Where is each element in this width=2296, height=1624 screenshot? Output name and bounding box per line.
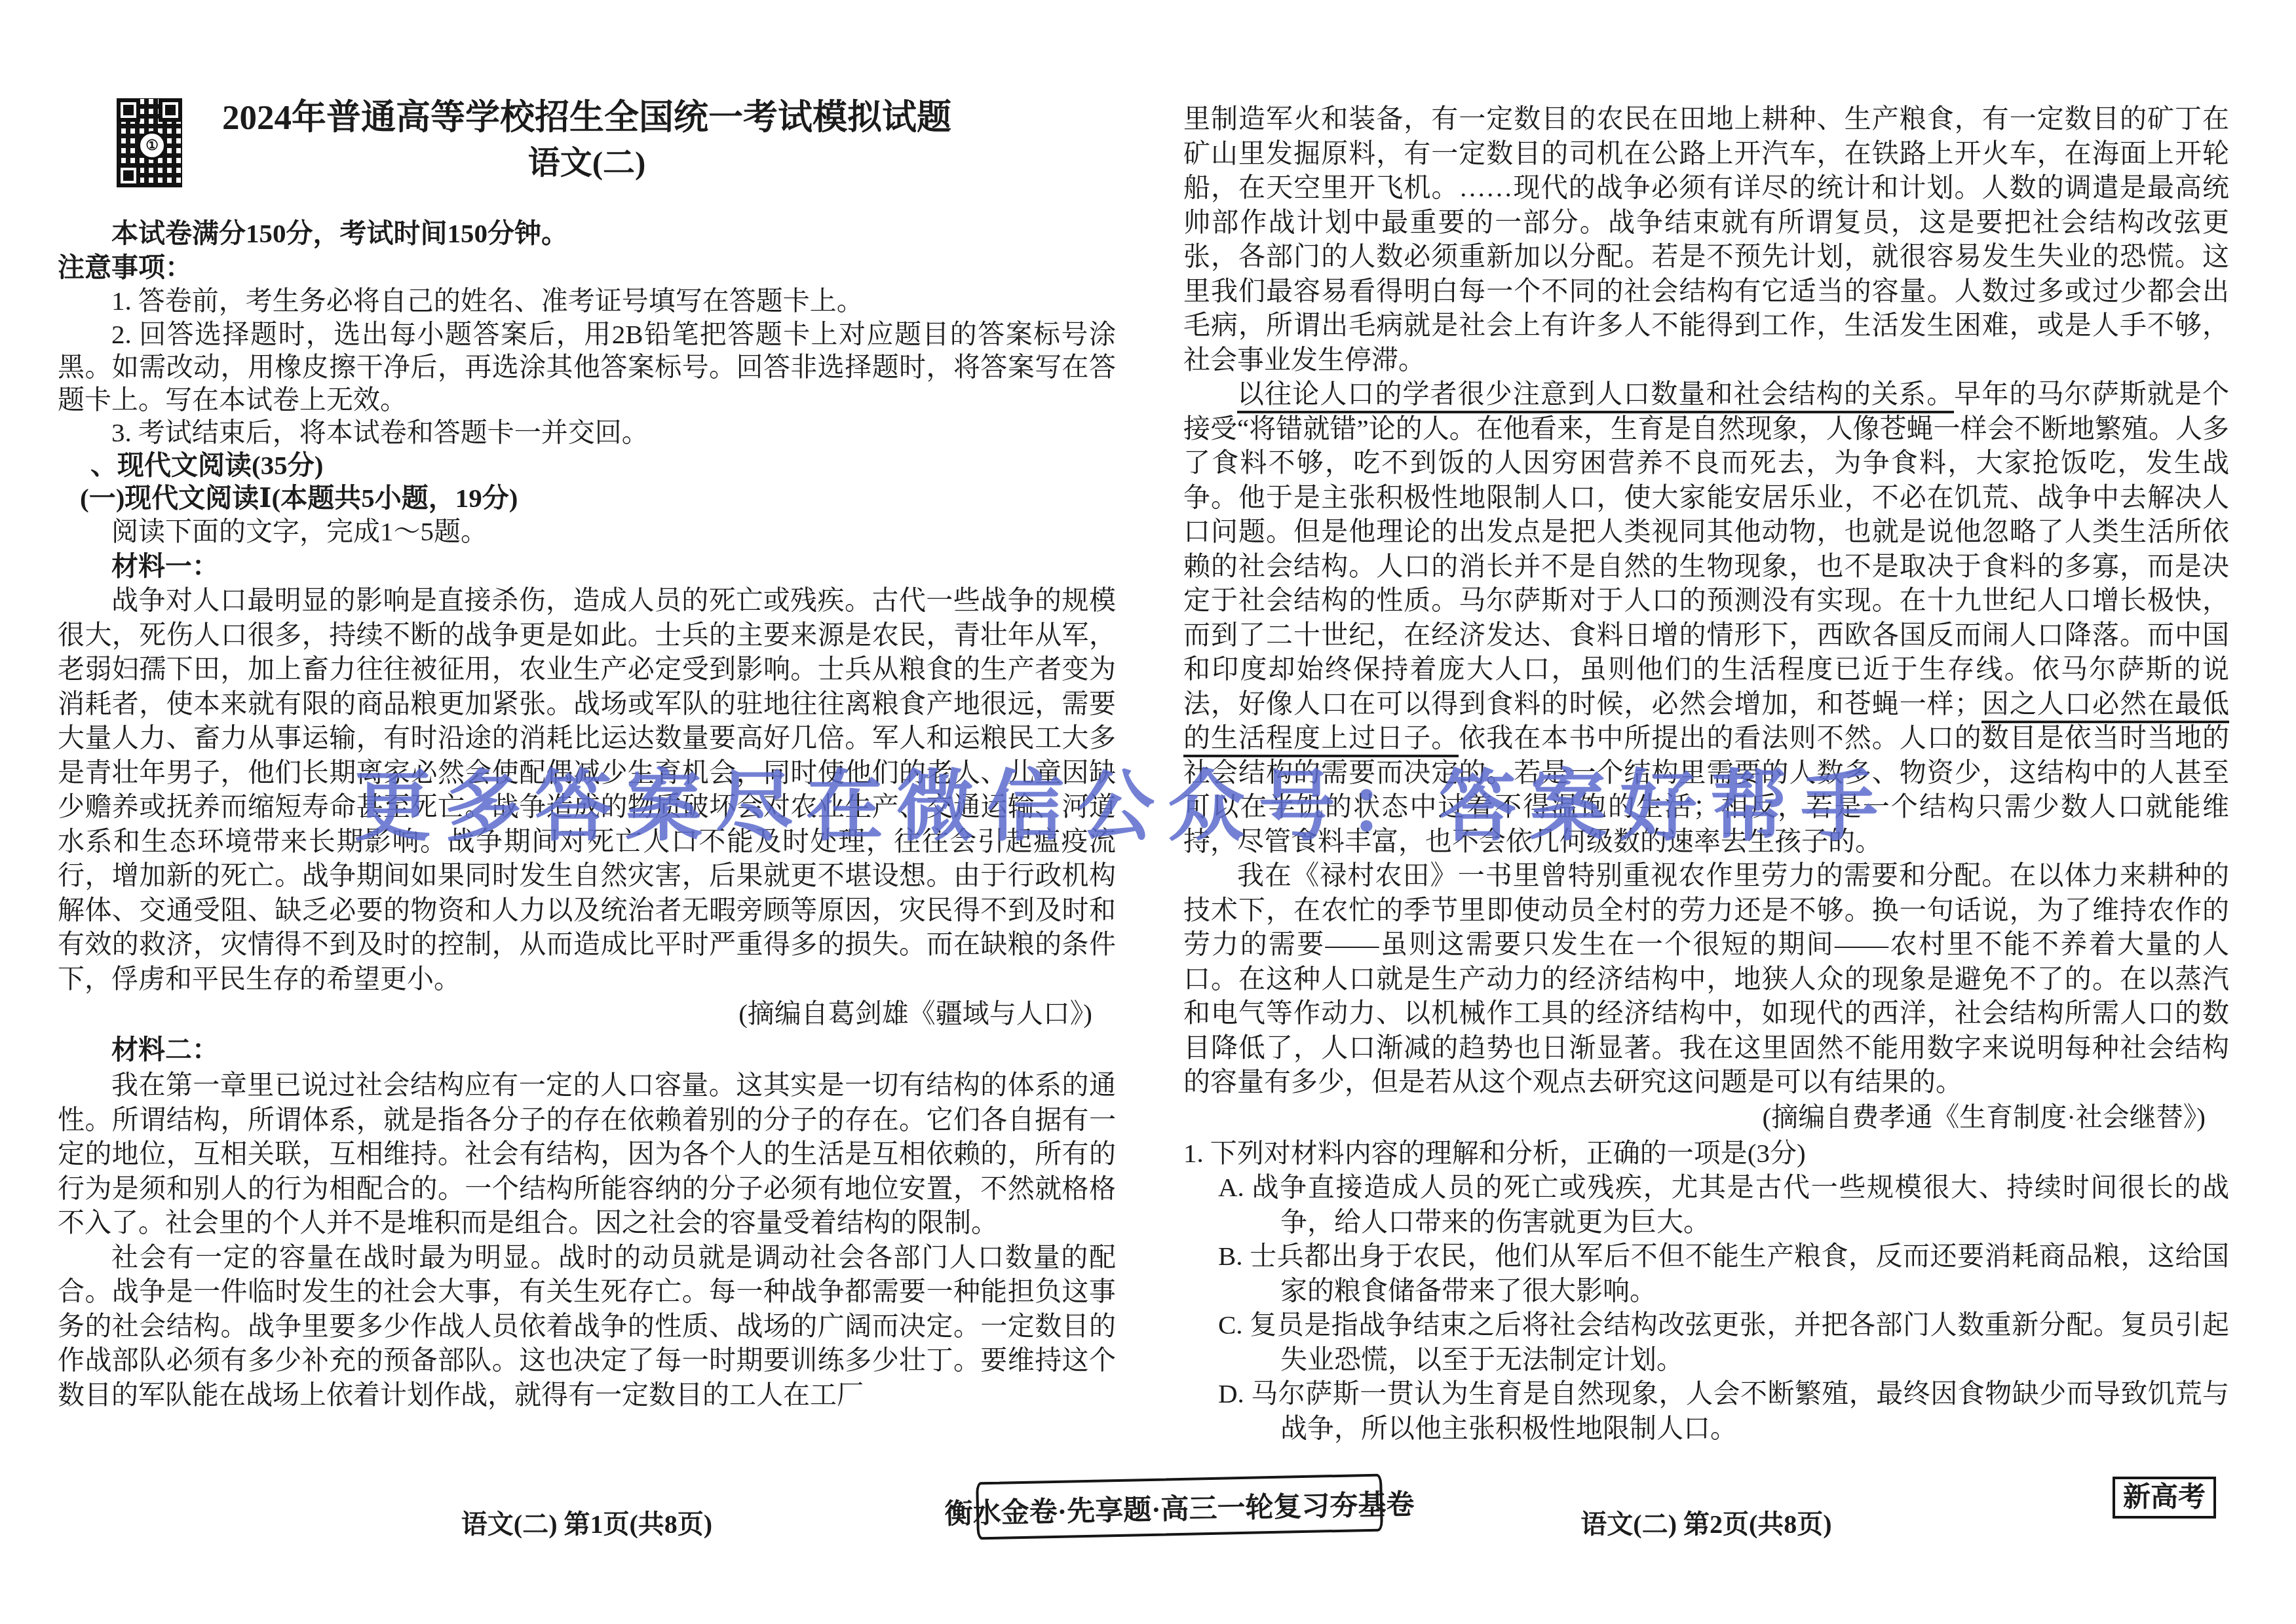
reading-instruction: 阅读下面的文字，完成1～5题。 — [58, 514, 1116, 549]
notice-number: 3. — [111, 417, 132, 447]
option-label: A. — [1218, 1172, 1244, 1202]
continuation-paragraph: 里制造军火和装备，有一定数目的农民在田地上耕种、生产粮食，有一定数目的矿丁在矿山… — [1183, 102, 2229, 377]
material2-source: (摘编自费孝通《生育制度·社会继替》) — [1183, 1099, 2229, 1135]
option-label: B. — [1218, 1241, 1243, 1271]
exam-sheet: ① 2024年普通高等学校招生全国统一考试模拟试题 语文(二) 本试卷满分150… — [0, 0, 2296, 1624]
question-number: 1. — [1183, 1138, 1204, 1168]
notice-text: 回答选择题时，选出每小题答案后，用2B铅笔把答题卡上对应题目的答案标号涂黑。如需… — [58, 319, 1116, 415]
notice-number: 1. — [111, 286, 132, 316]
option-text: 战争直接造成人员的死亡或残疾，尤其是古代一些规模很大、持续时间很长的战争，给人口… — [1251, 1172, 2229, 1237]
notice-item-3: 3.考试结束后，将本试卷和答题卡一并交回。 — [58, 416, 1116, 449]
question1-option-c: C.复员是指战争结束之后将社会结构改弦更张，并把各部门人数重新分配。复员引起失业… — [1183, 1308, 2229, 1376]
material2-paragraph-1: 我在第一章里已说过社会结构应有一定的人口容量。这其实是一切有结构的体系的通性。所… — [58, 1068, 1116, 1240]
option-label: D. — [1218, 1378, 1244, 1408]
question1-option-a: A.战争直接造成人员的死亡或残疾，尤其是古代一些规模很大、持续时间很长的战争，给… — [1183, 1170, 2229, 1239]
question-text: 下列对材料内容的理解和分析，正确的一项是(3分) — [1210, 1138, 1806, 1168]
notice-text: 考试结束后，将本试卷和答题卡一并交回。 — [138, 417, 649, 447]
option-text: 士兵都出身于农民，他们从军后不但不能生产粮食，反而还要消耗商品粮，这给国家的粮食… — [1250, 1241, 2229, 1306]
notice-number: 2. — [111, 319, 132, 349]
subsection-heading: (一)现代文阅读Ⅰ(本题共5小题，19分) — [58, 482, 1116, 514]
notice-text: 答卷前，考生务必将自己的姓名、准考证号填写在答题卡上。 — [138, 286, 864, 316]
notice-heading: 注意事项： — [58, 251, 1116, 284]
brand-banner: 衡水金卷·先享题·高三一轮复习夯基卷 — [976, 1474, 1383, 1540]
option-text: 复员是指战争结束之后将社会结构改弦更张，并把各部门人数重新分配。复员引起失业恐慌… — [1250, 1310, 2229, 1374]
lucun-paragraph: 我在《禄村农田》一书里曾特别重视农作里劳力的需要和分配。在以体力来耕种的技术下，… — [1183, 858, 2229, 1099]
question1-option-b: B.士兵都出身于农民，他们从军后不但不能生产粮食，反而还要消耗商品粮，这给国家的… — [1183, 1239, 2229, 1308]
section-heading: 、现代文阅读(35分) — [58, 449, 1116, 482]
material1-source: (摘编自葛剑雄《疆域与人口》) — [58, 996, 1116, 1031]
material1-heading: 材料一： — [58, 549, 1116, 584]
page-1: 2024年普通高等学校招生全国统一考试模拟试题 语文(二) 本试卷满分150分，… — [58, 0, 1116, 1412]
watermark: 更多答案尽在微信公众号：答案好帮手 — [354, 768, 1891, 846]
underlined-sentence: 以往论人口的学者很少注意到人口数量和社会结构的关系。 — [1237, 379, 1954, 413]
material2-heading: 材料二： — [58, 1031, 1116, 1068]
new-gaokao-badge: 新高考 — [2113, 1477, 2216, 1519]
question1-stem: 1.下列对材料内容的理解和分析，正确的一项是(3分) — [1183, 1136, 2229, 1171]
exam-info: 本试卷满分150分，考试时间150分钟。 — [58, 216, 1116, 251]
question1-option-d: D.马尔萨斯一贯认为生育是自然现象，人会不断繁殖，最终因食物缺少而导致饥荒与战争… — [1183, 1376, 2229, 1445]
option-label: C. — [1218, 1310, 1243, 1340]
exam-title: 2024年普通高等学校招生全国统一考试模拟试题 — [58, 97, 1116, 139]
paragraph-text: 早年的马尔萨斯就是个接受“将错就错”论的人。在他看来，生育是自然现象，人像苍蝇一… — [1183, 379, 2229, 719]
material2-paragraph-2: 社会有一定的容量在战时最为明显。战时的动员就是调动社会各部门人口数量的配合。战争… — [58, 1240, 1116, 1412]
option-text: 马尔萨斯一贯认为生育是自然现象，人会不断繁殖，最终因食物缺少而导致饥荒与战争，所… — [1251, 1378, 2229, 1443]
subject-title: 语文(二) — [58, 144, 1116, 182]
notice-item-2: 2.回答选择题时，选出每小题答案后，用2B铅笔把答题卡上对应题目的答案标号涂黑。… — [58, 318, 1116, 416]
notice-item-1: 1.答卷前，考生务必将自己的姓名、准考证号填写在答题卡上。 — [58, 284, 1116, 318]
